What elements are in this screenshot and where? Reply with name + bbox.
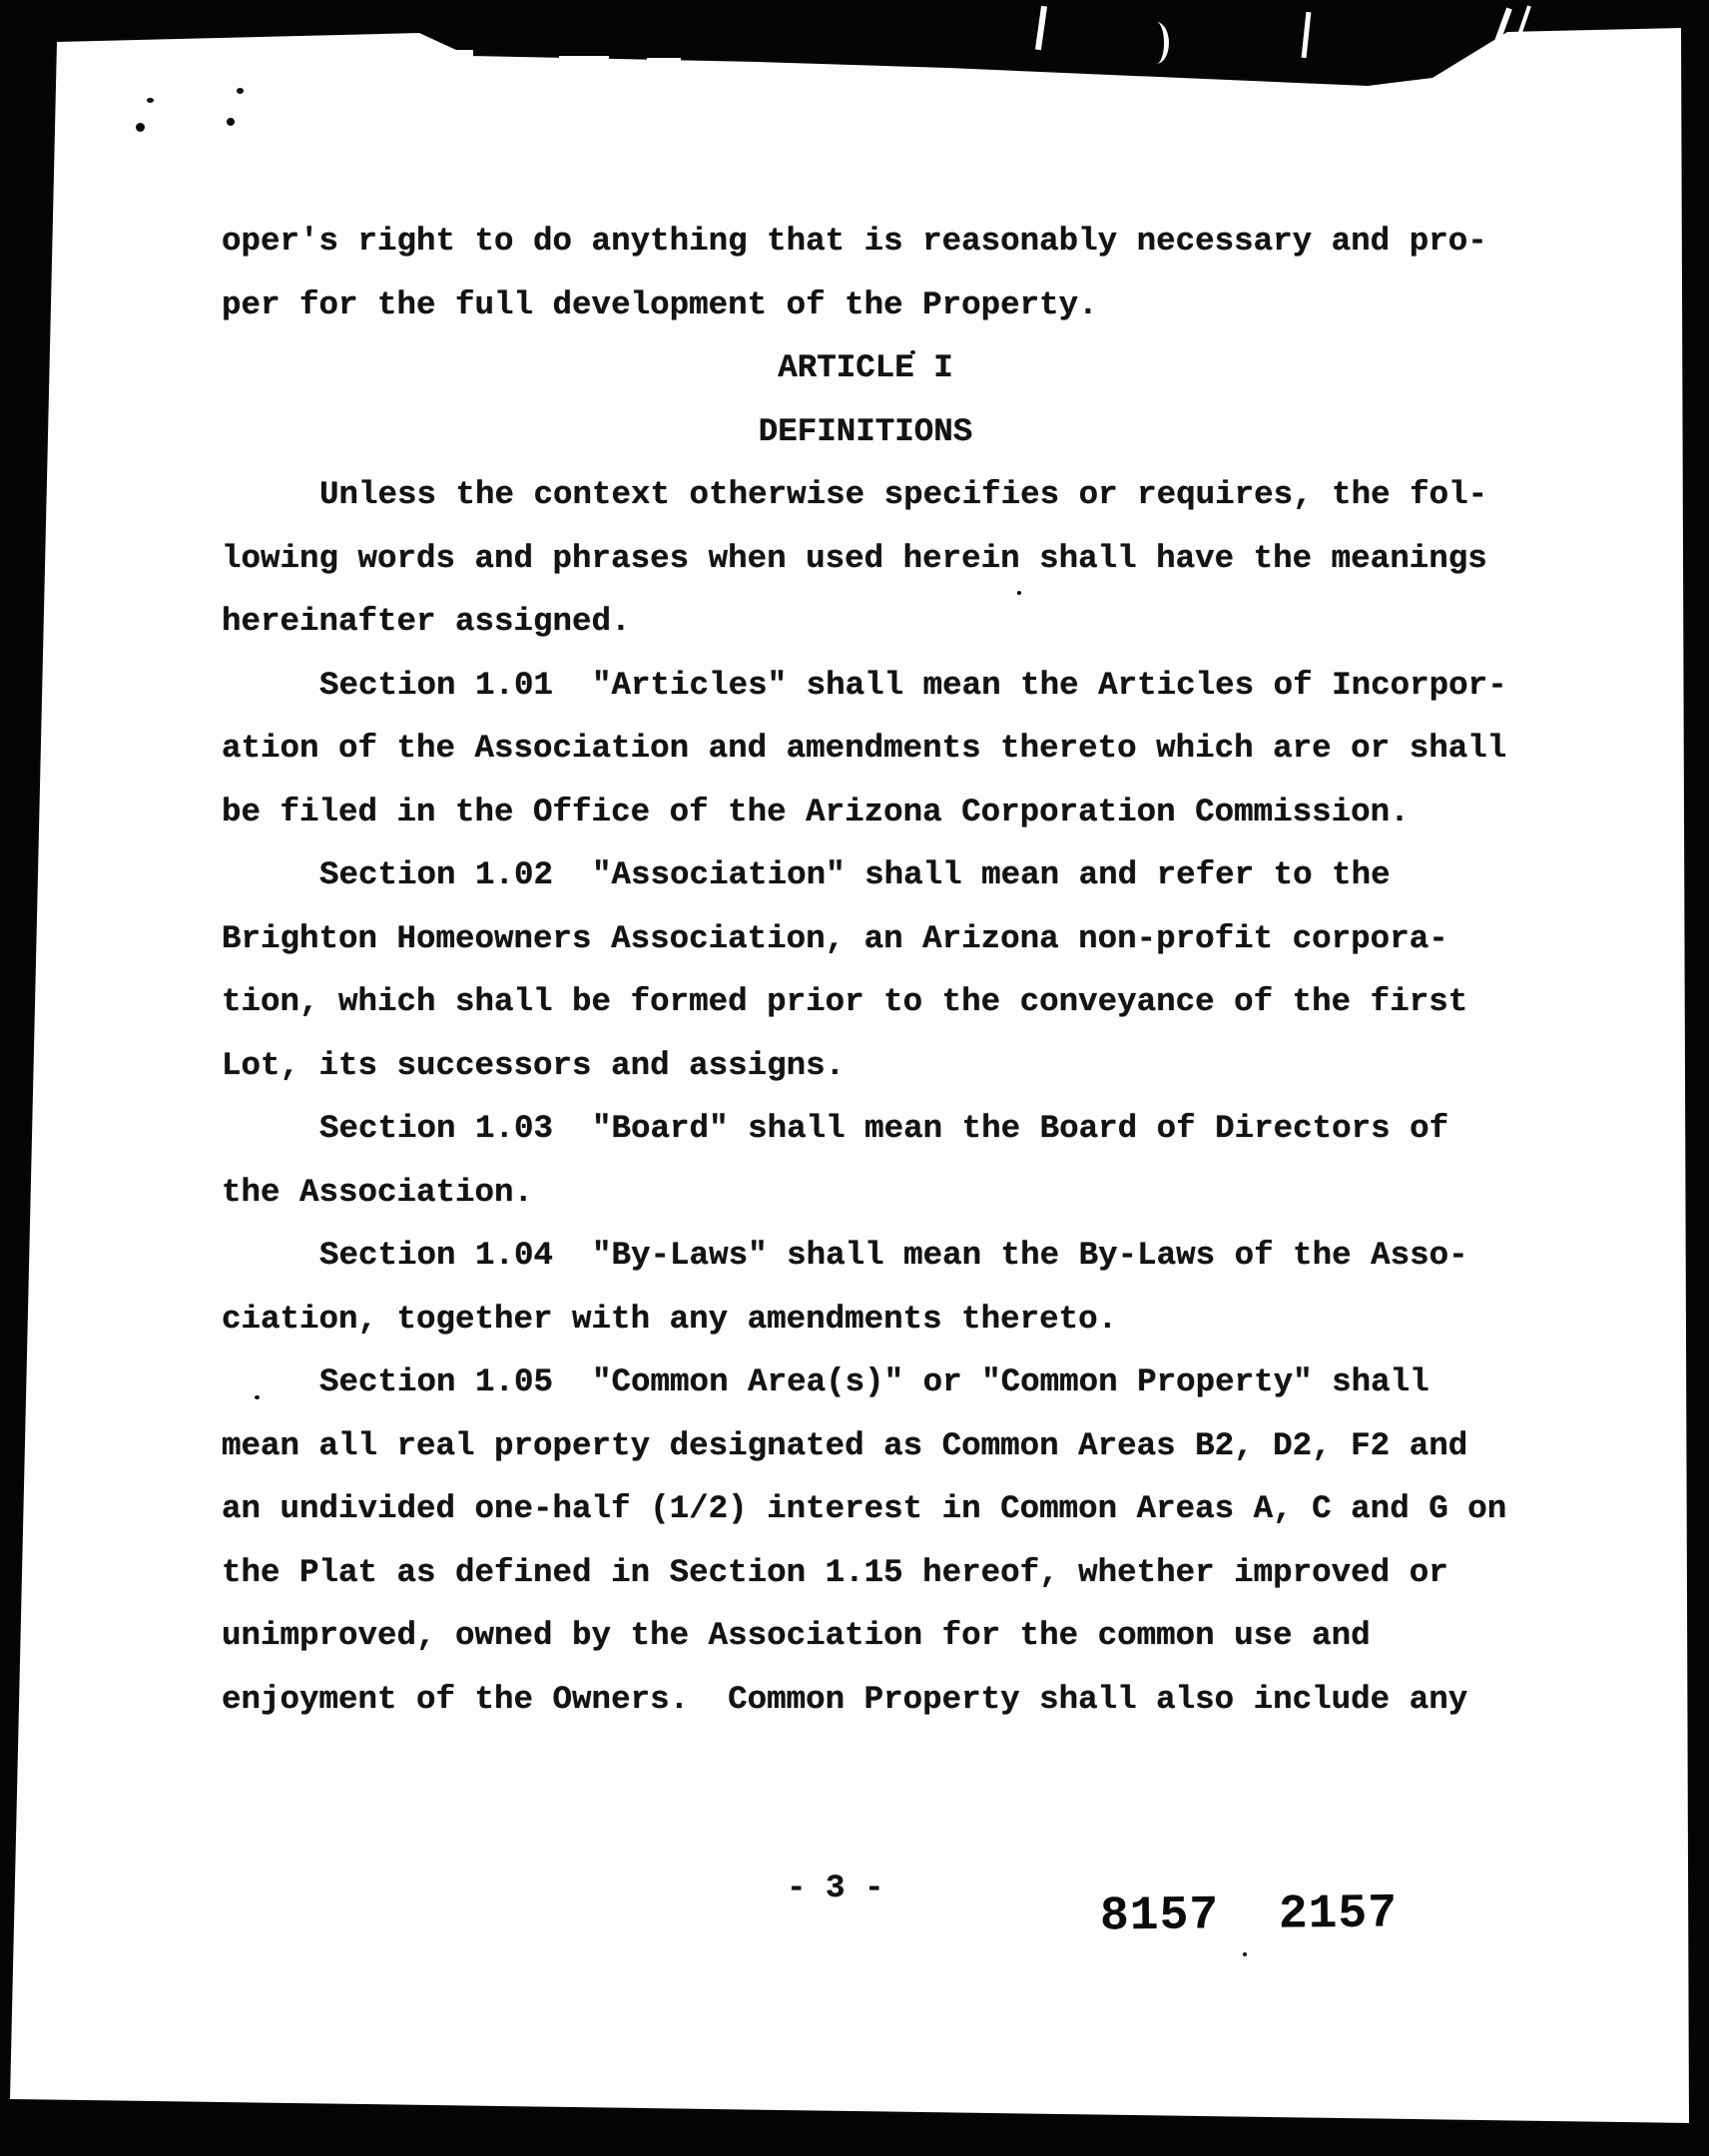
scan-speck bbox=[1017, 591, 1021, 595]
text-lines: oper's right to do anything that is reas… bbox=[0, 0, 1709, 2156]
heading-line: ARTICLE I bbox=[222, 348, 1509, 388]
scan-speck bbox=[147, 98, 154, 103]
document-line: ciation, together with any amendments th… bbox=[222, 1300, 1117, 1340]
scan-speck bbox=[237, 88, 244, 94]
document-line: Section 1.03 "Board" shall mean the Boar… bbox=[319, 1109, 1448, 1149]
document-line: Section 1.05 "Common Area(s)" or "Common… bbox=[319, 1362, 1429, 1402]
document-line: Unless the context otherwise specifies o… bbox=[319, 475, 1487, 515]
document-line: hereinafter assigned. bbox=[222, 602, 631, 642]
scan-streak bbox=[559, 56, 609, 61]
document-line: enjoyment of the Owners. Common Property… bbox=[222, 1680, 1467, 1720]
document-line: be filed in the Office of the Arizona Co… bbox=[222, 793, 1410, 832]
scan-streak bbox=[180, 55, 226, 60]
document-line: the Plat as defined in Section 1.15 here… bbox=[222, 1553, 1448, 1593]
document-line: Brighton Homeowners Association, an Ariz… bbox=[222, 919, 1448, 959]
scan-speck bbox=[136, 123, 145, 132]
document-line: Section 1.04 "By-Laws" shall mean the By… bbox=[319, 1236, 1468, 1276]
scan-streak bbox=[1657, 268, 1672, 278]
scan-streak bbox=[429, 50, 473, 56]
document-line: lowing words and phrases when used herei… bbox=[222, 539, 1487, 579]
document-line: oper's right to do anything that is reas… bbox=[222, 222, 1487, 262]
document-line: Section 1.01 "Articles" shall mean the A… bbox=[319, 666, 1507, 706]
document-line: Lot, its successors and assigns. bbox=[222, 1046, 845, 1086]
heading-line: DEFINITIONS bbox=[222, 412, 1509, 452]
scanned-document: { "document": { "article_heading": "ARTI… bbox=[0, 0, 1709, 2156]
document-line: tion, which shall be formed prior to the… bbox=[222, 982, 1467, 1022]
scan-streak bbox=[262, 57, 301, 62]
document-line: per for the full development of the Prop… bbox=[222, 285, 1098, 325]
scan-speck bbox=[255, 1395, 260, 1399]
document-line: Section 1.02 "Association" shall mean an… bbox=[319, 855, 1391, 895]
scan-speck bbox=[910, 350, 915, 354]
document-line: ation of the Association and amendments … bbox=[222, 729, 1506, 769]
document-line: mean all real property designated as Com… bbox=[222, 1426, 1467, 1466]
scan-streak bbox=[647, 58, 681, 63]
scan-speck bbox=[860, 55, 865, 60]
scan-streak bbox=[70, 52, 130, 58]
scan-speck bbox=[1243, 1952, 1247, 1956]
document-line: unimproved, owned by the Association for… bbox=[222, 1616, 1371, 1656]
document-line: an undivided one-half (1/2) interest in … bbox=[222, 1489, 1506, 1529]
document-line: the Association. bbox=[222, 1173, 533, 1213]
scan-speck bbox=[227, 118, 235, 126]
